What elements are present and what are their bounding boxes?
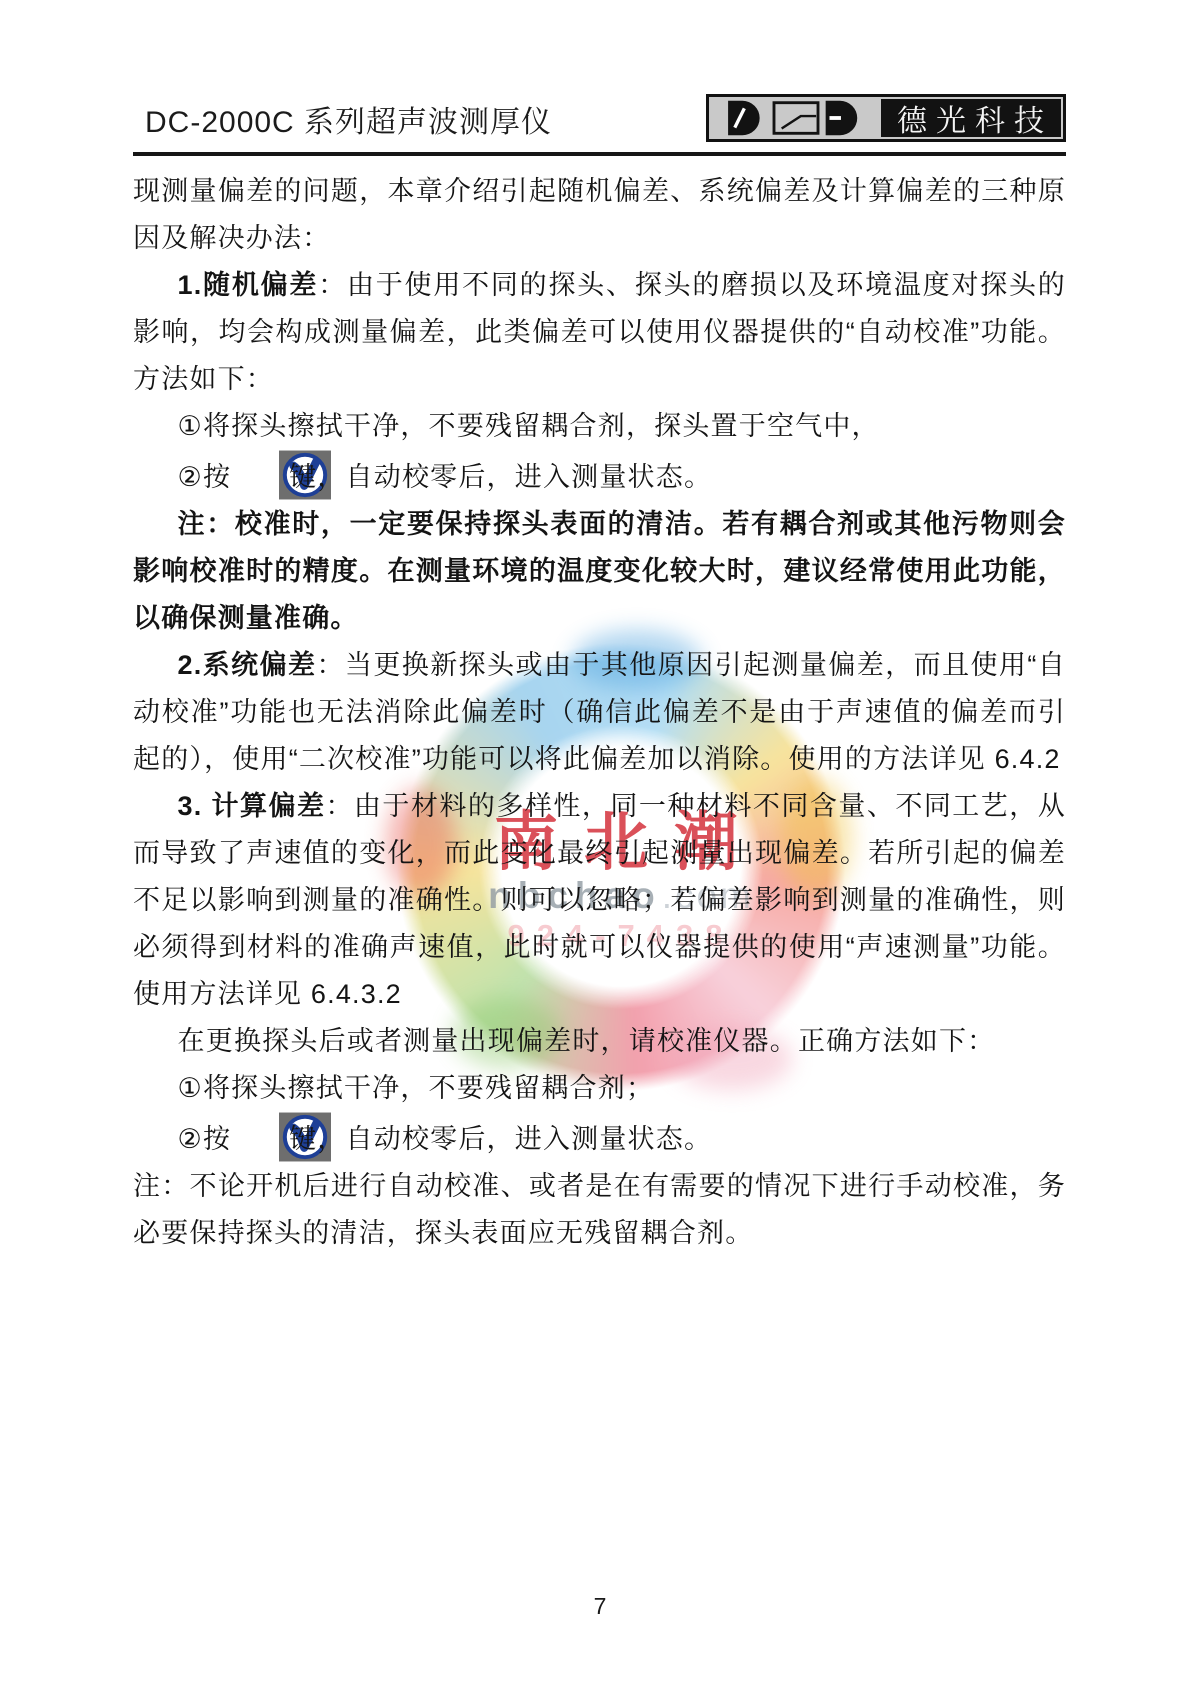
- text-run: ②按: [178, 1124, 232, 1154]
- brand-logo: 德光科技: [706, 94, 1066, 142]
- ok-check-key-icon: [234, 1112, 286, 1162]
- doc-title: DC-2000C 系列超声波测厚仪: [133, 106, 552, 142]
- paragraph-random-deviation: 1.随机偏差：由于使用不同的探头、探头的磨损以及环境温度对探头的影响，均会构成测…: [133, 262, 1066, 403]
- paragraph-intro: 现测量偏差的问题，本章介绍引起随机偏差、系统偏差及计算偏差的三种原因及解决办法：: [133, 168, 1066, 262]
- text-run: 键，自动校零后，进入测量状态。: [289, 1124, 712, 1154]
- paragraph-calculation-deviation: 3. 计算偏差：由于材料的多样性，同一种材料不同含量、不同工艺，从而导致了声速值…: [133, 783, 1066, 1018]
- note-calibration: 注：校准时，一定要保持探头表面的清洁。若有耦合剂或其他污物则会影响校准时的精度。…: [133, 501, 1066, 642]
- dgd-logo-icon: [711, 99, 881, 137]
- step-wipe-probe-1: ①将探头擦拭干净，不要残留耦合剂，探头置于空气中，: [133, 403, 1066, 450]
- step-press-key-2: ②按键，自动校零后，进入测量状态。: [133, 1112, 1066, 1163]
- term-random-deviation: 1.随机偏差: [178, 270, 319, 300]
- text-run: ②按: [178, 462, 232, 492]
- term-calculation-deviation: 3. 计算偏差: [178, 791, 326, 821]
- document-body: 现测量偏差的问题，本章介绍引起随机偏差、系统偏差及计算偏差的三种原因及解决办法：…: [133, 168, 1066, 1257]
- brand-name: 德光科技: [881, 99, 1061, 137]
- ok-check-key-icon: [234, 450, 286, 500]
- paragraph-system-deviation: 2.系统偏差：当更换新探头或由于其他原因引起测量偏差，而且使用“自动校准”功能也…: [133, 642, 1066, 783]
- text-run: ：由于材料的多样性，同一种材料不同含量、不同工艺，从而导致了声速值的变化，而此变…: [133, 791, 1066, 1009]
- page-footer: 7: [0, 1593, 1200, 1620]
- page-header: DC-2000C 系列超声波测厚仪 德光科技: [133, 84, 1066, 142]
- text-run: 键，自动校零后，进入测量状态。: [289, 462, 712, 492]
- step-press-key-1: ②按键，自动校零后，进入测量状态。: [133, 450, 1066, 501]
- page-number: 7: [594, 1593, 607, 1619]
- term-system-deviation: 2.系统偏差: [178, 650, 317, 680]
- step-wipe-probe-2: ①将探头擦拭干净，不要残留耦合剂；: [133, 1065, 1066, 1112]
- note-final: 注：不论开机后进行自动校准、或者是在有需要的情况下进行手动校准，务必要保持探头的…: [133, 1163, 1066, 1257]
- manual-page: DC-2000C 系列超声波测厚仪 德光科技 南北潮: [0, 0, 1200, 1702]
- paragraph-recalibrate: 在更换探头后或者测量出现偏差时，请校准仪器。正确方法如下：: [133, 1018, 1066, 1065]
- header-divider: [133, 152, 1066, 156]
